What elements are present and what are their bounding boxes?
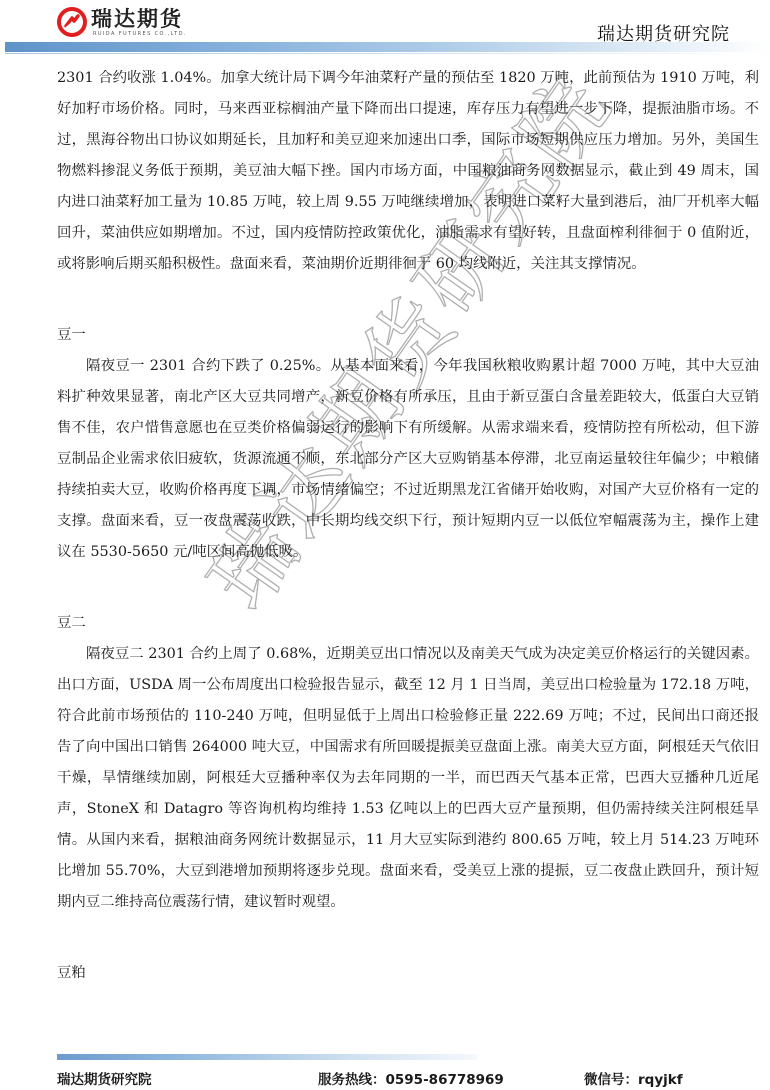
report-body: 2301 合约收涨 1.04%。加拿大统计局下调今年油菜籽产量的预估至 1820… [57, 63, 759, 989]
header-divider [5, 53, 770, 54]
section-gap [57, 568, 759, 608]
section-title-soybean-meal: 豆粕 [57, 958, 759, 989]
footer-wechat: 微信号：rqyjkf [584, 1068, 683, 1088]
company-logo: 瑞达期货 RUIDA FUTURES CO.,LTD. [57, 4, 187, 40]
footer-hotline: 服务热线：0595-86778969 [318, 1068, 504, 1088]
header-gradient-bar [5, 42, 770, 52]
footer-org: 瑞达期货研究院 [57, 1068, 152, 1088]
logo-english-name: RUIDA FUTURES CO.,LTD. [93, 31, 187, 37]
section-title-soybean-1: 豆一 [57, 320, 759, 351]
page-footer: 瑞达期货研究院 服务热线：0595-86778969 微信号：rqyjkf [57, 1068, 757, 1088]
section-gap [57, 280, 759, 320]
page-header: 瑞达期货 RUIDA FUTURES CO.,LTD. 瑞达期货研究院 [0, 0, 770, 56]
ruida-logo-icon [57, 7, 87, 37]
soybean-1-paragraph: 隔夜豆一 2301 合约下跌了 0.25%。从基本面来看，今年我国秋粮收购累计超… [57, 351, 759, 568]
soybean-2-paragraph: 隔夜豆二 2301 合约上周了 0.68%，近期美豆出口情况以及南美天气成为决定… [57, 639, 759, 918]
rapeseed-oil-paragraph: 2301 合约收涨 1.04%。加拿大统计局下调今年油菜籽产量的预估至 1820… [57, 63, 759, 280]
logo-chinese-name: 瑞达期货 [91, 7, 187, 31]
section-gap [57, 918, 759, 958]
section-title-soybean-2: 豆二 [57, 608, 759, 639]
footer-gradient-bar [57, 1054, 477, 1060]
